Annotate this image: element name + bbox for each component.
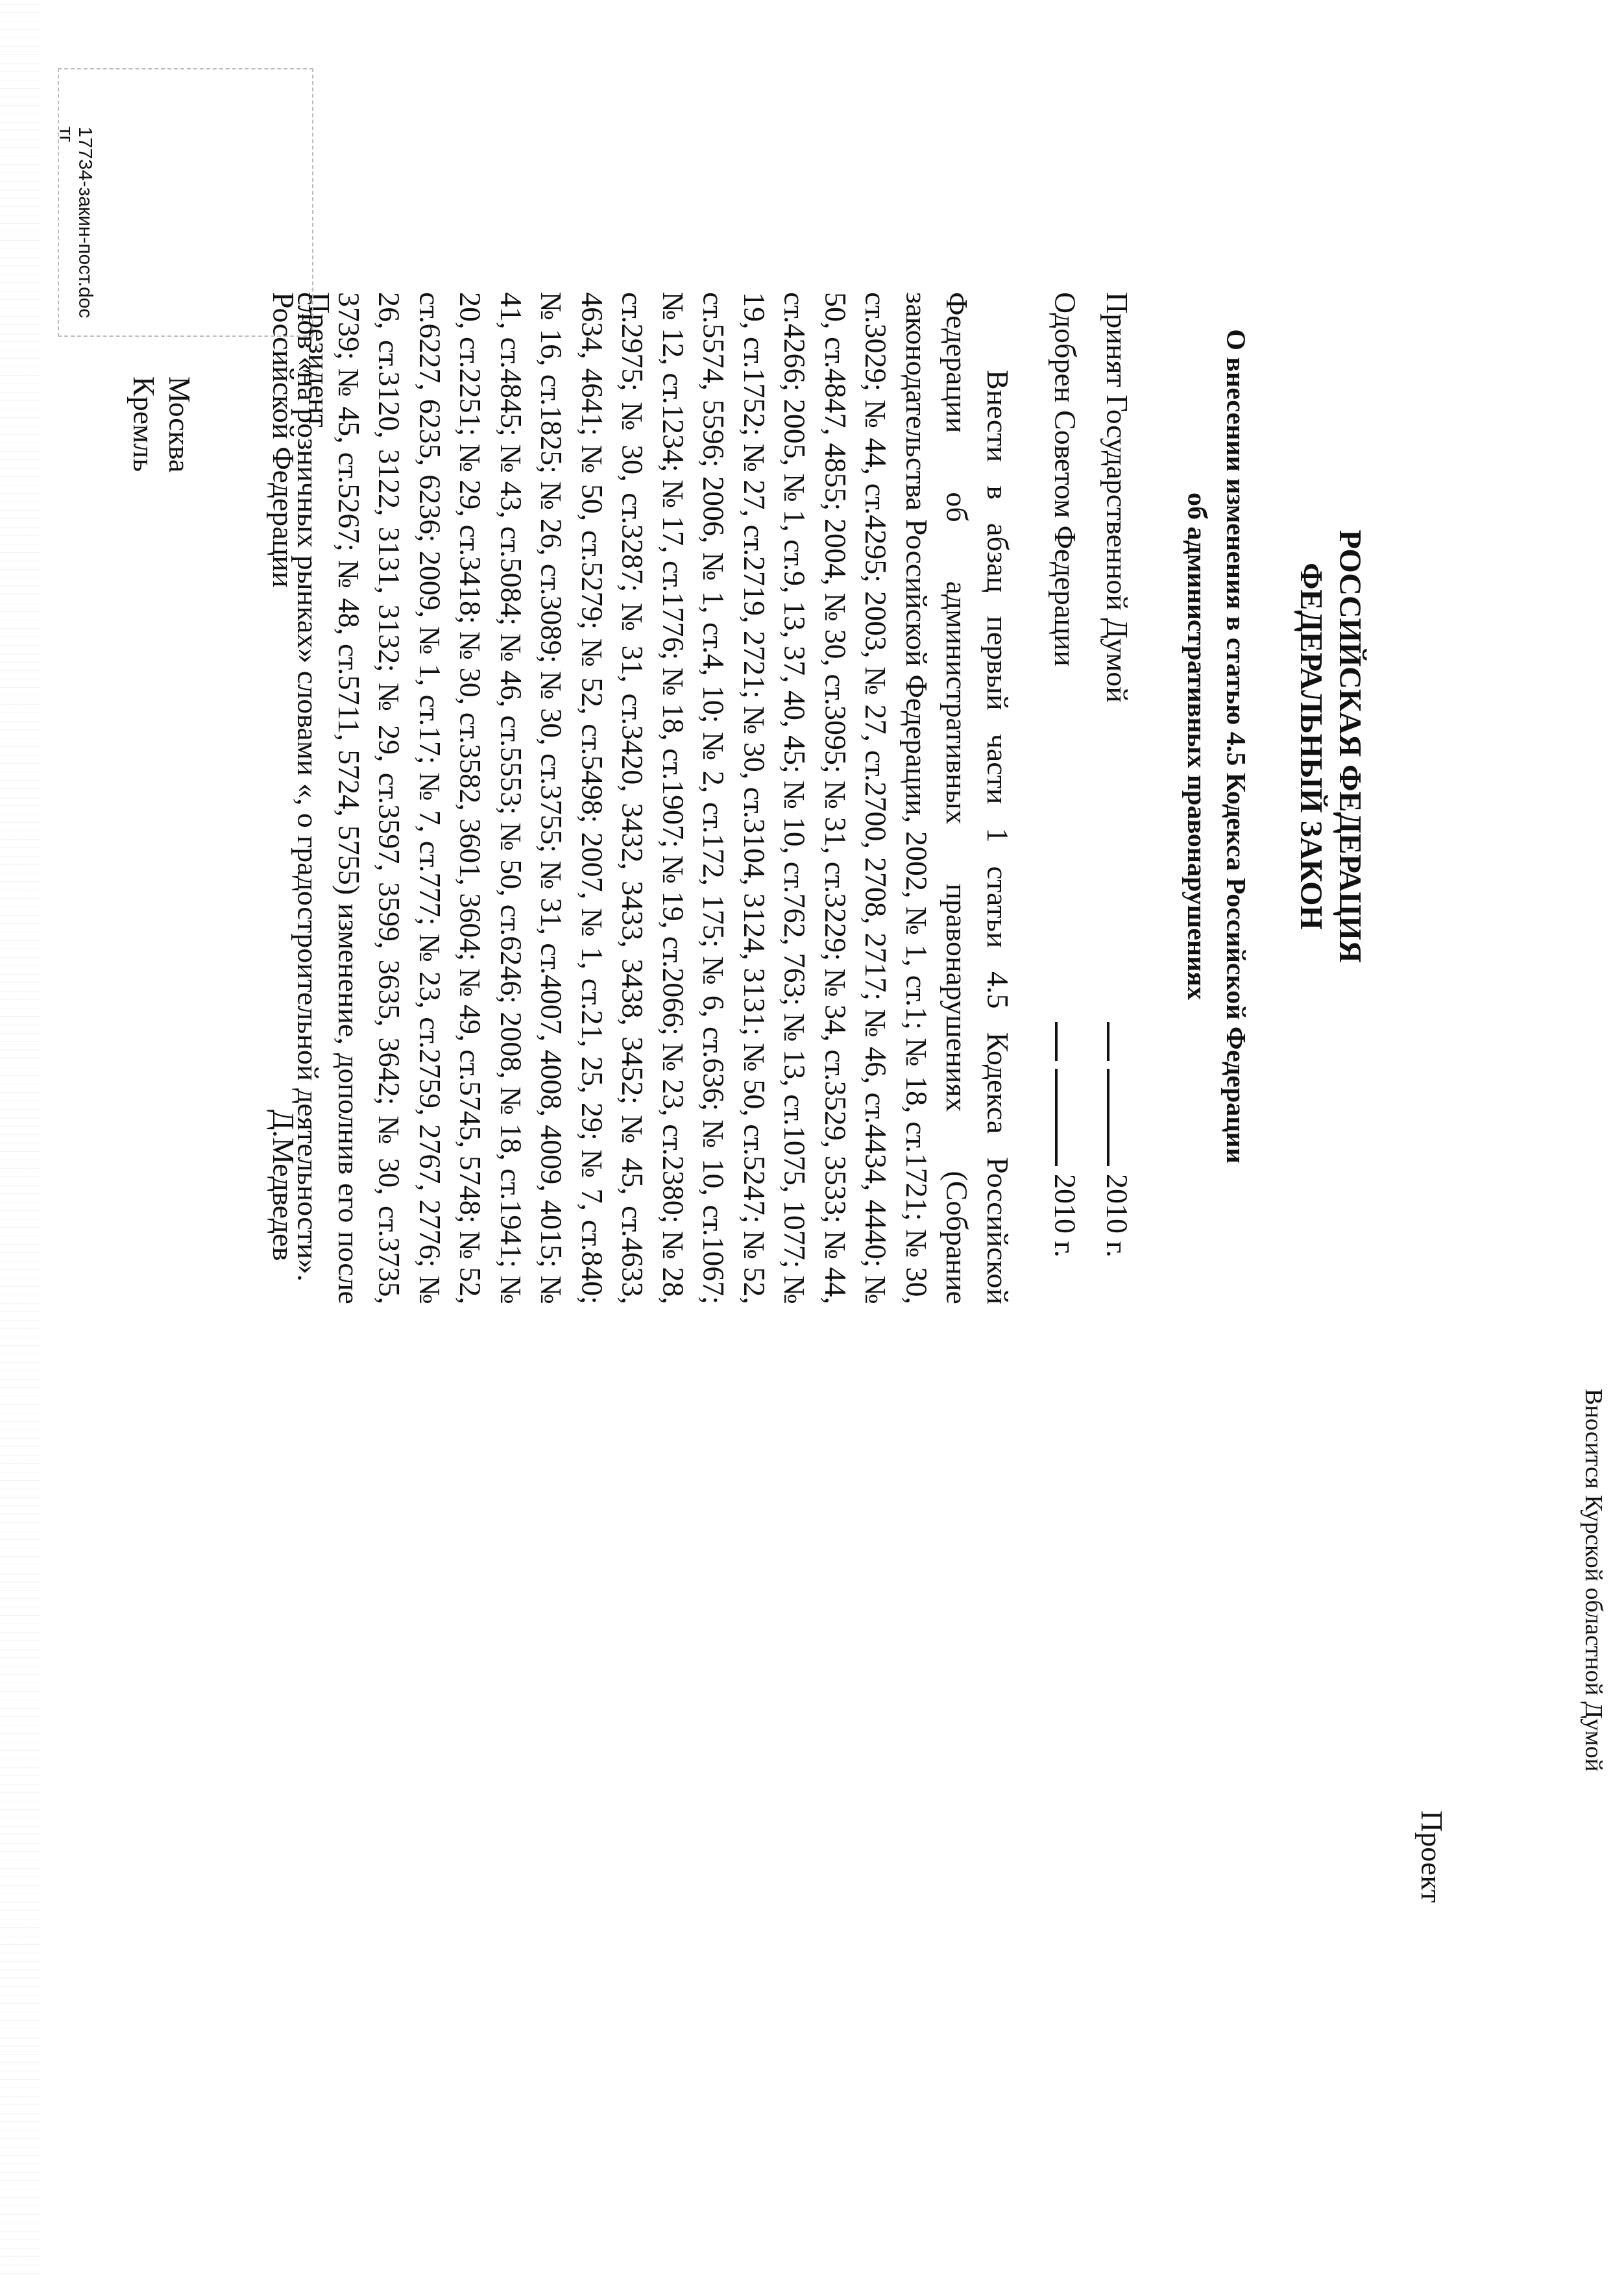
file-name-footer: 17734-закин-пост.doc	[74, 127, 96, 318]
adopted-by-duma-row: Принят Государственной Думой 2010 г.	[1100, 292, 1134, 1258]
draft-status-label: Проект	[1414, 1810, 1449, 1903]
scan-edge-noise	[0, 0, 41, 2279]
registration-stamp-box	[58, 68, 313, 337]
date-month-blank	[1107, 1069, 1110, 1166]
approved-year: 2010 г.	[1048, 1174, 1082, 1258]
date-day-blank	[1107, 1022, 1110, 1061]
adopted-label: Принят Государственной Думой	[1100, 292, 1134, 1022]
place-line-2: Кремль	[127, 376, 161, 472]
law-type-heading: ФЕДЕРАЛЬНЫЙ ЗАКОН	[1293, 0, 1329, 1493]
law-title-line-1: О внесении изменения в статью 4.5 Кодекс…	[1220, 0, 1251, 1493]
signer-name: Д.Медведев	[266, 1110, 300, 1261]
adopted-year: 2010 г.	[1100, 1174, 1134, 1258]
approved-label: Одобрен Советом Федерации	[1048, 292, 1082, 1022]
scanned-document-page: Вносится Курской областной Думой Проект …	[0, 0, 1624, 2279]
law-body-paragraph: Внести в абзац первый части 1 статьи 4.5…	[287, 292, 1017, 1304]
place-line-1: Москва	[162, 376, 197, 472]
approved-by-council-row: Одобрен Советом Федерации 2010 г.	[1048, 292, 1082, 1258]
introduced-by-note: Вносится Курской областной Думой	[1579, 1389, 1608, 1772]
date-day-blank	[1055, 1022, 1058, 1061]
law-title-line-2: об административных правонарушениях	[1181, 0, 1212, 1493]
date-month-blank	[1055, 1069, 1058, 1166]
typist-initials: тг	[55, 127, 77, 143]
country-heading: РОССИЙСКАЯ ФЕДЕРАЦИЯ	[1332, 0, 1368, 1493]
